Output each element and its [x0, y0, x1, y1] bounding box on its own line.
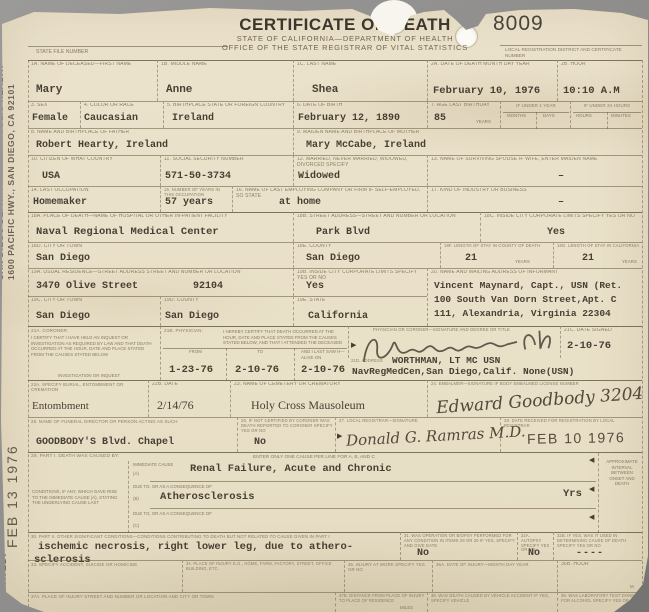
- field-9-mother: 9. MAIDEN NAME AND BIRTHPLACE OF MOTHER …: [293, 128, 642, 155]
- field-5-birthplace: 5. BIRTHPLACE STATE OR FOREIGN COUNTRY I…: [163, 101, 293, 128]
- field-16-employer: 16. NAME OF LAST EMPLOYING COMPANY OR FI…: [232, 186, 427, 212]
- field-18e-county: 18E. COUNTY San Diego: [293, 242, 440, 268]
- field-2a-date-of-death: 2A. DATE OF DEATH MONTH DAY YEAR Februar…: [427, 60, 557, 101]
- dated-stamp-date: FEB 13 1976: [4, 444, 20, 548]
- part2-other-conditions: 30. PART II. OTHER SIGNIFICANT CONDITION…: [28, 532, 400, 560]
- field-26-reported-to-coroner: 26. IF NOT CERTIFIED BY CORONER WAS DEAT…: [237, 417, 335, 452]
- field-35-injury-at-work: 35. INJURY AT WORK SPECIFY YES OR NO: [344, 560, 432, 592]
- interval-arrow-icon-b: ◀: [589, 485, 594, 493]
- death-certificate-scan: CERTIFICATE OF DEATH STATE OF CALIFORNIA…: [0, 0, 649, 612]
- state-file-number-label: STATE FILE NUMBER: [36, 49, 206, 56]
- dated-stamp-label: DATED:: [0, 553, 8, 592]
- field-11-ssn: 11. SOCIAL SECURITY NUMBER 571-50-3734: [160, 155, 293, 186]
- field-19d-county: 19D. COUNTY San Diego: [160, 296, 293, 326]
- field-7-under-1-year: IF UNDER 1 YEAR MONTHS DAYS: [500, 101, 570, 128]
- field-18f-stay-county: 18F. LENGTH OF STAY IN COUNTY OF DEATH 2…: [440, 242, 553, 268]
- dept-vertical-line2: 1600 PACIFIC HWY., SAN DIEGO, CA 92101: [6, 84, 16, 280]
- part1-cause-of-death: 29. PART I. DEATH WAS CAUSED BY: ENTER O…: [28, 452, 642, 532]
- field-21d-address: 21D. ADDRESS WORTHMAN, LT MC USN NavRegM…: [348, 358, 642, 380]
- field-21a-coroner: 21A. CORONER: I CERTIFY THAT I HAVE HELD…: [28, 326, 160, 380]
- field-12-marital-status: 12. MARRIED, NEVER MARRIED, WIDOWED, DIV…: [293, 155, 427, 186]
- field-7-age: 7. AGE LAST BIRTHDAY 85 YEARS: [427, 101, 500, 128]
- field-34-place-of-injury-type: 34. PLACE OF INJURY E.G., HOME, FARM, FA…: [182, 560, 344, 592]
- interval-arrow-icon-c: ◀: [589, 513, 594, 521]
- field-31-operation: 31. WAS OPERATION OR BIOPSY PERFORMED FO…: [400, 532, 517, 560]
- field-21-signature-box: PHYSICIAN OR CORONER—SIGNATURE AND DEGRE…: [348, 326, 560, 358]
- field-32b-autopsy-findings: 32B. IF YES, WAS IT USED IN DETERMINING …: [553, 532, 642, 560]
- field-19c-city: 19C. CITY OR TOWN San Diego: [28, 296, 160, 326]
- field-20-informant: 20. NAME AND MAILING ADDRESS OF INFORMAN…: [427, 268, 642, 326]
- field-21b-physician: 21B. PHYSICIAN: I HEREBY CERTIFY THAT DE…: [160, 326, 348, 380]
- field-6-date-of-birth: 6. DATE OF BIRTH February 12, 1890: [293, 101, 427, 128]
- field-17-industry: 17. KIND OF INDUSTRY OR BUSINESS –: [427, 186, 642, 212]
- field-32a-autopsy: 32A. AUTOPSY SPECIFY YES OR NO No: [517, 532, 553, 560]
- field-3-sex: 3. SEX Female: [28, 101, 80, 128]
- field-36b-injury-hour: 36B. HOUR M: [557, 560, 642, 592]
- field-18b-street-address: 18B. STREET ADDRESS—STREET AND NUMBER OR…: [293, 212, 480, 242]
- registrar-pointer-icon: ▶: [337, 432, 342, 440]
- certificate-number: 8009: [493, 12, 544, 36]
- signature-pointer-icon: ▶: [351, 341, 356, 349]
- field-22b-disposition-date: 22B. DATE 2/14/76: [148, 380, 230, 417]
- field-2b-hour: 2B. HOUR 10:10 A.M: [557, 60, 642, 101]
- interval-arrow-icon-a: ◀: [589, 456, 594, 464]
- field-1c-last-name: 1C. LAST NAME Shea: [293, 60, 427, 101]
- field-4-color-or-race: 4. COLOR OR RACE Caucasian: [80, 101, 163, 128]
- field-37a-injury-location: 37A. PLACE OF INJURY STREET AND NUMBER O…: [28, 592, 335, 612]
- field-27-local-registrar: 27. LOCAL REGISTRAR—SIGNATURE ▶ Donald G…: [335, 417, 500, 452]
- field-15-years-occupation: 15. NUMBER OF YEARS IN THIS OCCUPATION 5…: [160, 186, 232, 212]
- field-1b-middle-name: 1B. MIDDLE NAME Anne: [157, 60, 293, 101]
- field-7-under-24-hours: IF UNDER 24 HOURS HOURS MINUTES: [570, 101, 642, 128]
- field-10-citizen: 10. CITIZEN OF WHAT COUNTRY USA: [28, 155, 160, 186]
- field-14-occupation: 14. LAST OCCUPATION Homemaker: [28, 186, 160, 212]
- field-25-funeral-director: 25. NAME OF FUNERAL DIRECTOR OR PERSON A…: [28, 417, 237, 452]
- certificate-title: CERTIFICATE OF DEATH: [170, 15, 520, 35]
- field-28-date-received: 28. DATE RECEIVED FOR REGISTRATION BY LO…: [500, 417, 642, 452]
- registrar-signature: Donald G. Ramras M.D.: [346, 422, 526, 449]
- embalmer-signature: Edward Goodbody 3204: [436, 384, 644, 418]
- field-24-embalmer: 24. EMBALMER—SIGNATURE IF BODY EMBALMED …: [427, 380, 642, 417]
- date-received-stamp: FEB 10 1976: [527, 429, 625, 447]
- field-8-father: 8. NAME AND BIRTHPLACE OF FATHER Robert …: [28, 128, 293, 155]
- field-18g-stay-california: 18G. LENGTH OF STAY IN CALIFORNIA 21 YEA…: [553, 242, 642, 268]
- field-23-cemetery: 23. NAME OF CEMETERY OR CREMATORY Holy C…: [230, 380, 427, 417]
- field-19a-residence-street: 19A. USUAL RESIDENCE—STREET ADDRESS STRE…: [28, 268, 293, 296]
- field-22a-disposition: 22A. SPECIFY BURIAL, ENTOMBMENT OR CREMA…: [28, 380, 148, 417]
- field-36a-date-of-injury: 36A. DATE OF INJURY—MONTH DAY YEAR: [432, 560, 557, 592]
- field-21c-date-signed: 21C. DATE SIGNED 2-10-76: [560, 326, 642, 358]
- field-33-accident-suicide-homicide: 33. SPECIFY ACCIDENT, SUICIDE OR HOMICID…: [28, 560, 182, 592]
- field-39-alcohol-test: 39. WAS LABORATORY TEST DONE FOR ALCOHOL…: [557, 592, 642, 612]
- interval-b-value: Yrs: [563, 488, 582, 500]
- certificate-subtitle-2: OFFICE OF THE STATE REGISTRAR OF VITAL S…: [170, 43, 520, 52]
- field-38-vehicle-accident: 38. WAS DEATH CAUSED BY VEHICLE ACCIDENT…: [427, 592, 557, 612]
- field-19b-inside-city-limits: 19B. INSIDE CITY CORPORATE LIMITS SPECIF…: [293, 268, 427, 296]
- field-18a-place-of-death: 18A. PLACE OF DEATH—NAME OF HOSPITAL OR …: [28, 212, 293, 242]
- field-1a-first-name: 1A. NAME OF DECEASED—FIRST NAME Mary: [28, 60, 157, 101]
- field-37b-distance: 37B. DISTANCE FROM PLACE OF INJURY TO PL…: [335, 592, 427, 612]
- dept-vertical-line1: SAN DIEGO DEPARTMENT OF PUBLIC HEALTH: [0, 65, 5, 280]
- certificate-subtitle-1: STATE OF CALIFORNIA—DEPARTMENT OF HEALTH: [170, 34, 520, 43]
- field-18c-inside-city-limits: 18C. INSIDE CITY CORPORATE LIMITS SPECIF…: [480, 212, 642, 242]
- field-19e-state: 19E. STATE California: [293, 296, 427, 326]
- local-registration-label: LOCAL REGISTRATION DISTRICT AND CERTIFIC…: [505, 47, 642, 59]
- field-13-surviving-spouse: 13. NAME OF SURVIVING SPOUSE IF WIFE, EN…: [427, 155, 642, 186]
- field-18d-city: 18D. CITY OR TOWN San Diego: [28, 242, 293, 268]
